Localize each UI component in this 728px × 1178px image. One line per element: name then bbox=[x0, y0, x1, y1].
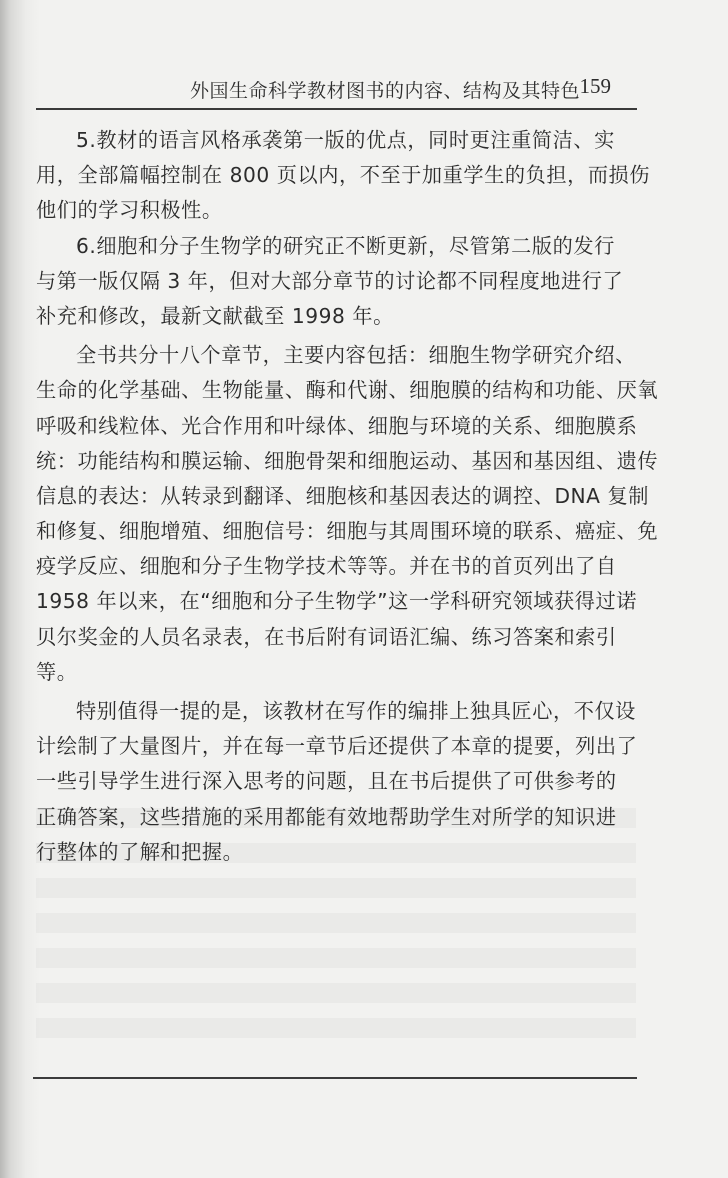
page-number: 159 bbox=[580, 74, 612, 99]
book-page: 外国生命科学教材图书的内容、结构及其特色 159 5.教材的语言风格承袭第一版的… bbox=[0, 0, 728, 1178]
text-line: 他们的学习积极性。 bbox=[36, 193, 636, 228]
text-line: 全书共分十八个章节，主要内容包括：细胞生物学研究介绍、 bbox=[36, 338, 636, 373]
show-through-text bbox=[36, 913, 636, 933]
text-line: 呼吸和线粒体、光合作用和叶绿体、细胞与环境的关系、细胞膜系 bbox=[36, 409, 636, 444]
text-line: 特别值得一提的是，该教材在写作的编排上独具匠心，不仅设 bbox=[36, 694, 636, 729]
text-line: 统：功能结构和膜运输、细胞骨架和细胞运动、基因和基因组、遗传 bbox=[36, 444, 636, 479]
text-line: 贝尔奖金的人员名录表，在书后附有词语汇编、练习答案和索引 bbox=[36, 620, 636, 655]
text-line: 生命的化学基础、生物能量、酶和代谢、细胞膜的结构和功能、厌氧 bbox=[36, 373, 636, 408]
text-line: 6.细胞和分子生物学的研究正不断更新，尽管第二版的发行 bbox=[36, 229, 636, 264]
footer-rule bbox=[33, 1077, 637, 1079]
text-line: 补充和修改，最新文献截至 1998 年。 bbox=[36, 299, 636, 334]
text-line: 一些引导学生进行深入思考的问题，且在书后提供了可供参考的 bbox=[36, 764, 636, 799]
show-through-text bbox=[36, 878, 636, 898]
text-line: 计绘制了大量图片，并在每一章节后还提供了本章的提要，列出了 bbox=[36, 729, 636, 764]
show-through-text bbox=[36, 983, 636, 1003]
text-line: 与第一版仅隔 3 年，但对大部分章节的讨论都不同程度地进行了 bbox=[36, 264, 636, 299]
running-header-title: 外国生命科学教材图书的内容、结构及其特色 bbox=[190, 76, 580, 103]
text-line: 等。 bbox=[36, 655, 636, 690]
show-through-text bbox=[36, 948, 636, 968]
body-text: 5.教材的语言风格承袭第一版的优点，同时更注重简洁、实 用，全部篇幅控制在 80… bbox=[36, 123, 636, 870]
text-line: 正确答案，这些措施的采用都能有效地帮助学生对所学的知识进 bbox=[36, 800, 636, 835]
text-line: 1958 年以来，在“细胞和分子生物学”这一学科研究领域获得过诺 bbox=[36, 584, 636, 619]
text-line: 行整体的了解和把握。 bbox=[36, 835, 636, 870]
show-through-text bbox=[36, 1018, 636, 1038]
text-line: 和修复、细胞增殖、细胞信号：细胞与其周围环境的联系、癌症、免 bbox=[36, 514, 636, 549]
text-line: 信息的表达：从转录到翻译、细胞核和基因表达的调控、DNA 复制 bbox=[36, 479, 636, 514]
text-line: 5.教材的语言风格承袭第一版的优点，同时更注重简洁、实 bbox=[36, 123, 636, 158]
running-header: 外国生命科学教材图书的内容、结构及其特色 159 bbox=[36, 72, 637, 110]
text-line: 用，全部篇幅控制在 800 页以内，不至于加重学生的负担，而损伤 bbox=[36, 158, 636, 193]
text-line: 疫学反应、细胞和分子生物学技术等等。并在书的首页列出了自 bbox=[36, 549, 636, 584]
